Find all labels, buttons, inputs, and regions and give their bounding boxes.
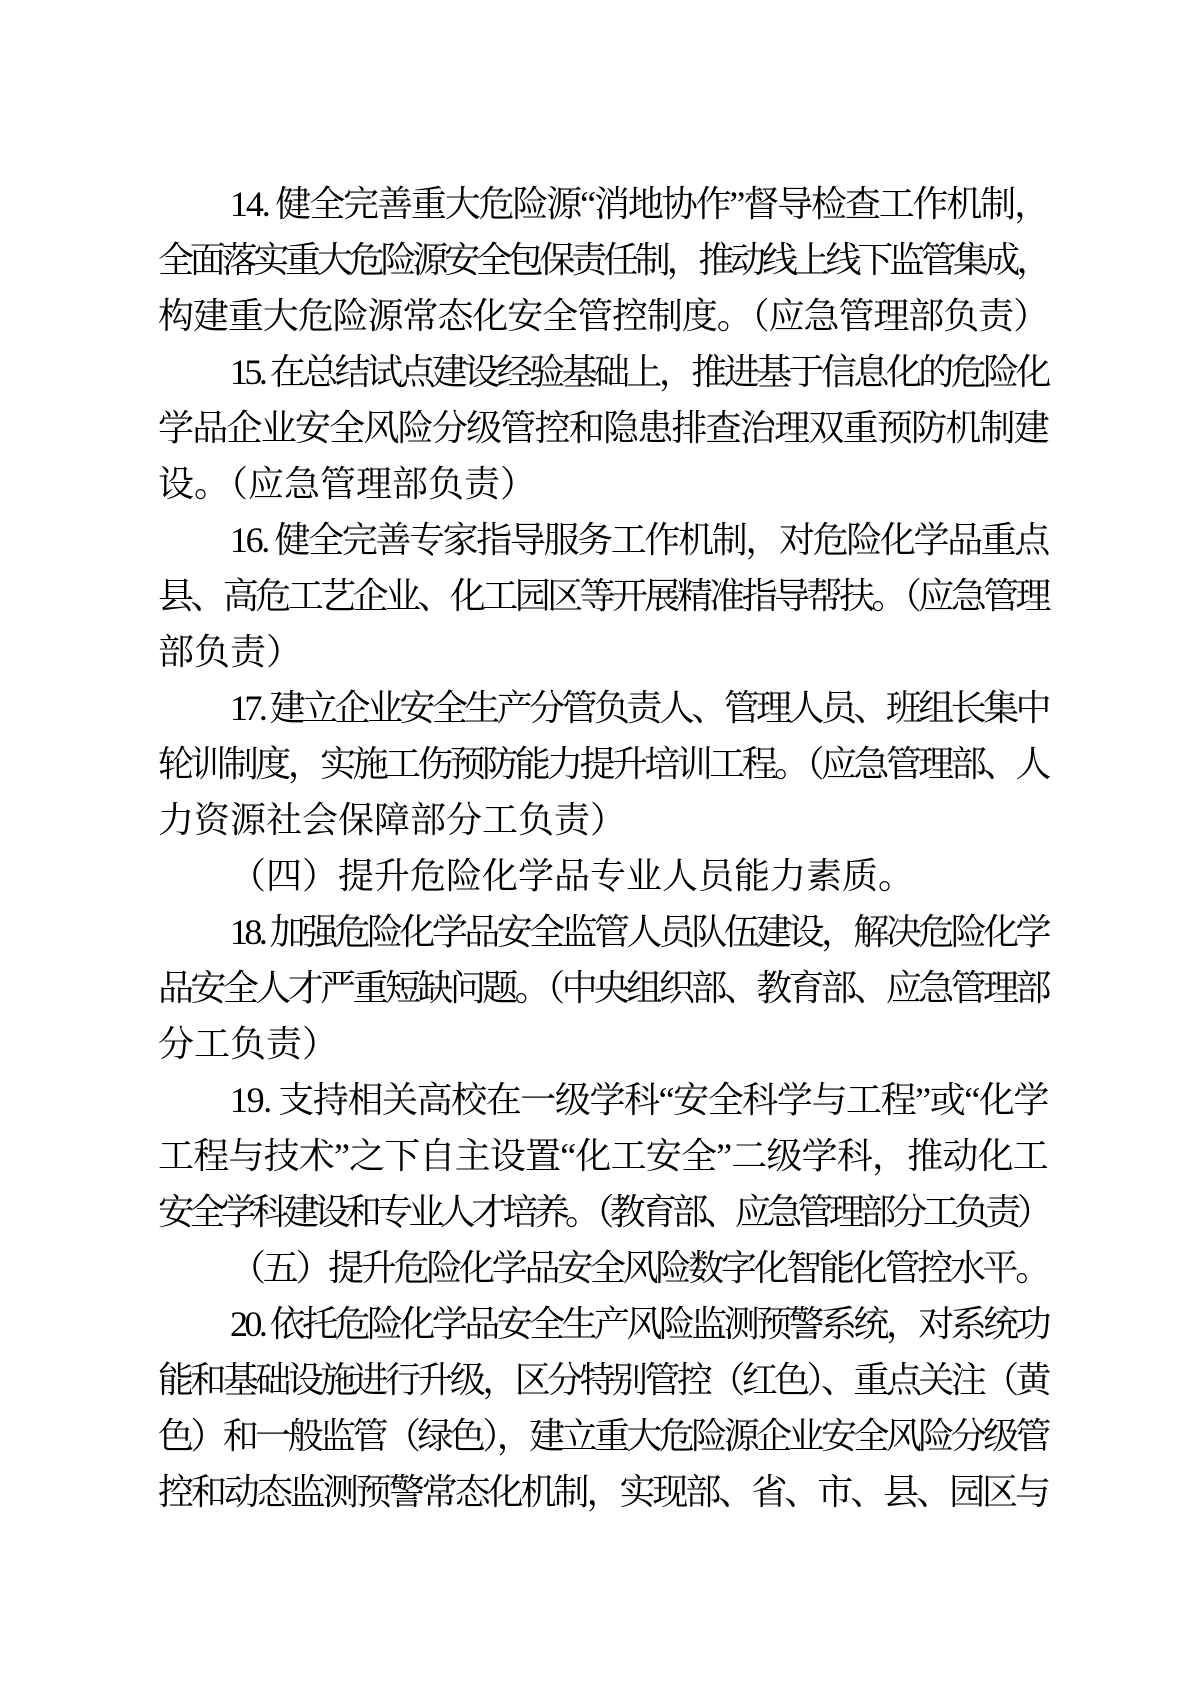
document-line: 安全学科建设和专业人才培养。（教育部、应急管理部分工负责） — [158, 1184, 1048, 1240]
line-text: 控和动态监测预警常态化机制，实现部、省、市、县、园区与 — [158, 1464, 1048, 1520]
line-text: 构建重大危险源常态化安全管控制度。（应急管理部负责） — [158, 288, 1048, 344]
line-text: 17. 建立企业安全生产分管负责人、管理人员、班组长集中 — [230, 680, 1048, 736]
line-text: 16. 健全完善专家指导服务工作机制，对危险化学品重点 — [230, 512, 1048, 568]
line-text: 15. 在总结试点建设经验基础上，推进基于信息化的危险化 — [230, 344, 1048, 400]
document-line: 县、高危工艺企业、化工园区等开展精准指导帮扶。（应急管理 — [158, 568, 1048, 624]
document-line: 18. 加强危险化学品安全监管人员队伍建设，解决危险化学 — [158, 904, 1048, 960]
line-text: 安全学科建设和专业人才培养。（教育部、应急管理部分工负责） — [158, 1184, 1048, 1240]
line-text: 品安全人才严重短缺问题。（中央组织部、教育部、应急管理部 — [158, 960, 1048, 1016]
line-text: 能和基础设施进行升级，区分特别管控（红色）、重点关注（黄 — [158, 1352, 1048, 1408]
document-line: （五）提升危险化学品安全风险数字化智能化管控水平。 — [158, 1240, 1048, 1296]
line-text: 学品企业安全风险分级管控和隐患排查治理双重预防机制建 — [158, 400, 1048, 456]
line-text: 设。（应急管理部负责） — [158, 456, 536, 512]
document-page: 14. 健全完善重大危险源“消地协作”督导检查工作机制，全面落实重大危险源安全包… — [0, 0, 1190, 1683]
document-line: 分工负责） — [158, 1016, 1048, 1072]
paragraph-item-17: 17. 建立企业安全生产分管负责人、管理人员、班组长集中轮训制度，实施工伤预防能… — [158, 680, 1048, 848]
document-line: 学品企业安全风险分级管控和隐患排查治理双重预防机制建 — [158, 400, 1048, 456]
document-line: 色）和一般监管（绿色），建立重大危险源企业安全风险分级管 — [158, 1408, 1048, 1464]
document-line: 工程与技术”之下自主设置“化工安全”二级学科，推动化工 — [158, 1128, 1048, 1184]
line-text: 轮训制度，实施工伤预防能力提升培训工程。（应急管理部、人 — [158, 736, 1048, 792]
paragraph-item-20: 20. 依托危险化学品安全生产风险监测预警系统，对系统功能和基础设施进行升级，区… — [158, 1296, 1048, 1520]
document-line: 15. 在总结试点建设经验基础上，推进基于信息化的危险化 — [158, 344, 1048, 400]
document-line: 能和基础设施进行升级，区分特别管控（红色）、重点关注（黄 — [158, 1352, 1048, 1408]
paragraph-item-14: 14. 健全完善重大危险源“消地协作”督导检查工作机制，全面落实重大危险源安全包… — [158, 176, 1048, 344]
line-text: 18. 加强危险化学品安全监管人员队伍建设，解决危险化学 — [230, 904, 1048, 960]
document-line: 部负责） — [158, 624, 1048, 680]
line-text: 力资源社会保障部分工负责） — [158, 792, 626, 848]
line-text: 19. 支持相关高校在一级学科“安全科学与工程”或“化学 — [230, 1072, 1048, 1128]
line-text: 色）和一般监管（绿色），建立重大危险源企业安全风险分级管 — [158, 1408, 1048, 1464]
document-line: 14. 健全完善重大危险源“消地协作”督导检查工作机制， — [158, 176, 1048, 232]
paragraph-item-18: 18. 加强危险化学品安全监管人员队伍建设，解决危险化学品安全人才严重短缺问题。… — [158, 904, 1048, 1072]
document-line: 设。（应急管理部负责） — [158, 456, 1048, 512]
document-line: 控和动态监测预警常态化机制，实现部、省、市、县、园区与 — [158, 1464, 1048, 1520]
line-text: 全面落实重大危险源安全包保责任制，推动线上线下监管集成， — [158, 232, 1048, 288]
line-text: 县、高危工艺企业、化工园区等开展精准指导帮扶。（应急管理 — [158, 568, 1048, 624]
document-line: 19. 支持相关高校在一级学科“安全科学与工程”或“化学 — [158, 1072, 1048, 1128]
line-text: 14. 健全完善重大危险源“消地协作”督导检查工作机制， — [230, 176, 1048, 232]
paragraph-heading-4: （四）提升危险化学品专业人员能力素质。 — [158, 848, 1048, 904]
document-line: 20. 依托危险化学品安全生产风险监测预警系统，对系统功 — [158, 1296, 1048, 1352]
line-text: （五）提升危险化学品安全风险数字化智能化管控水平。 — [230, 1240, 1048, 1296]
paragraph-item-15: 15. 在总结试点建设经验基础上，推进基于信息化的危险化学品企业安全风险分级管控… — [158, 344, 1048, 512]
document-line: 17. 建立企业安全生产分管负责人、管理人员、班组长集中 — [158, 680, 1048, 736]
document-line: 全面落实重大危险源安全包保责任制，推动线上线下监管集成， — [158, 232, 1048, 288]
paragraph-item-19: 19. 支持相关高校在一级学科“安全科学与工程”或“化学工程与技术”之下自主设置… — [158, 1072, 1048, 1240]
document-line: （四）提升危险化学品专业人员能力素质。 — [158, 848, 1048, 904]
line-text: （四）提升危险化学品专业人员能力素质。 — [230, 848, 914, 904]
document-line: 构建重大危险源常态化安全管控制度。（应急管理部负责） — [158, 288, 1048, 344]
line-text: 部负责） — [158, 624, 302, 680]
line-text: 分工负责） — [158, 1016, 338, 1072]
document-line: 力资源社会保障部分工负责） — [158, 792, 1048, 848]
document-content: 14. 健全完善重大危险源“消地协作”督导检查工作机制，全面落实重大危险源安全包… — [158, 176, 1048, 1520]
line-text: 工程与技术”之下自主设置“化工安全”二级学科，推动化工 — [158, 1128, 1048, 1184]
document-line: 轮训制度，实施工伤预防能力提升培训工程。（应急管理部、人 — [158, 736, 1048, 792]
line-text: 20. 依托危险化学品安全生产风险监测预警系统，对系统功 — [230, 1296, 1048, 1352]
paragraph-heading-5: （五）提升危险化学品安全风险数字化智能化管控水平。 — [158, 1240, 1048, 1296]
paragraph-item-16: 16. 健全完善专家指导服务工作机制，对危险化学品重点县、高危工艺企业、化工园区… — [158, 512, 1048, 680]
document-line: 品安全人才严重短缺问题。（中央组织部、教育部、应急管理部 — [158, 960, 1048, 1016]
document-line: 16. 健全完善专家指导服务工作机制，对危险化学品重点 — [158, 512, 1048, 568]
